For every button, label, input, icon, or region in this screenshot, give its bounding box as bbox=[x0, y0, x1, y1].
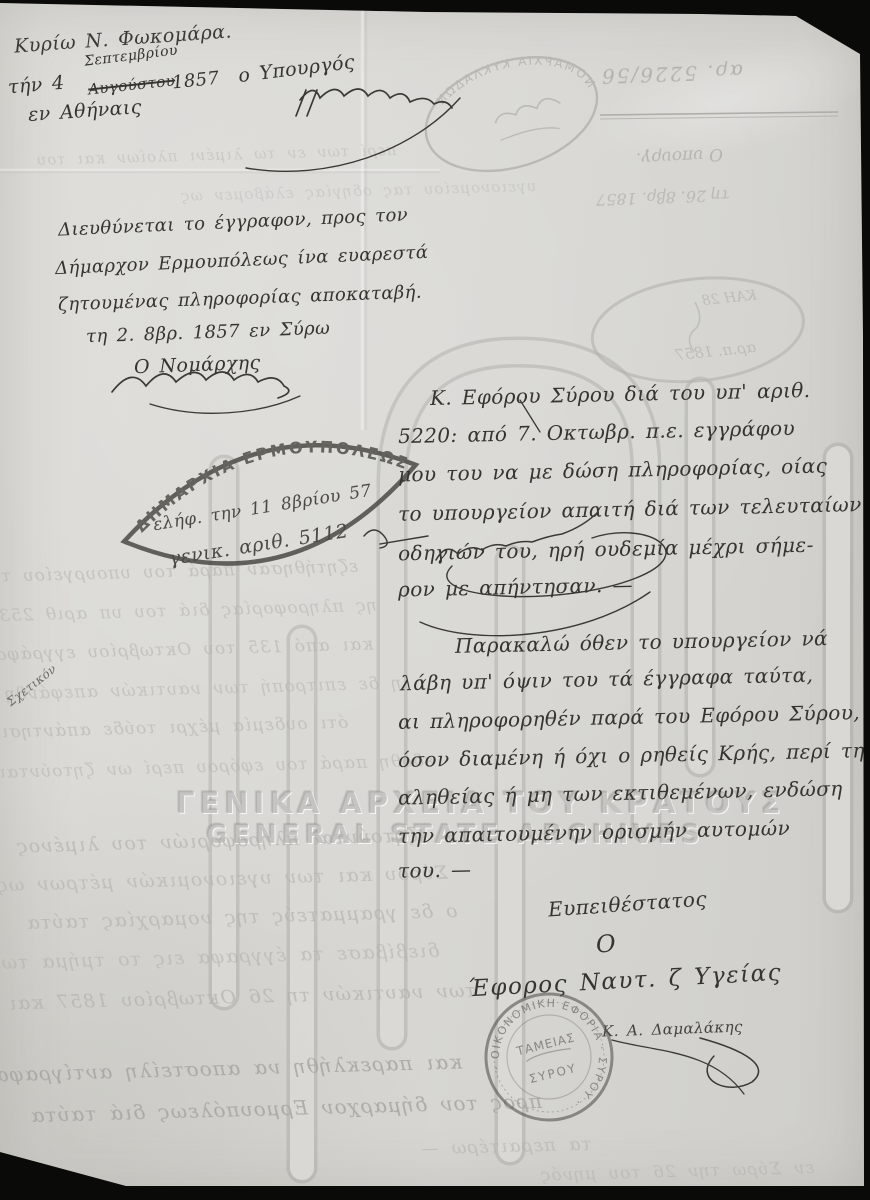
registrar-line: ζητουμένας πληροφορίας αποκαταβή. bbox=[58, 282, 423, 316]
closing-article: Ο bbox=[595, 929, 617, 958]
ghost-register-number: αρ. 5226/56 bbox=[600, 60, 744, 89]
registrar-line: Δήμαρχον Ερμουπόλεως ίνα ευαρεστά bbox=[55, 242, 429, 279]
annotation-year: 1857 bbox=[171, 68, 220, 94]
ghost-right-stamp-line1: ΚΑΗ 28 bbox=[701, 287, 759, 309]
bleedthrough-line: των ναυτικών τη 26 Οκτωβρίου 1857 και bbox=[8, 979, 476, 1014]
body-line: λάβη υπ' όψιν του τά έγγραφα ταύτα, bbox=[400, 663, 814, 696]
paper-crease-horizontal bbox=[0, 168, 440, 174]
body-line: το υπουργείον απαιτή διά των τελευταίων bbox=[398, 492, 862, 526]
document-paper: ΓΕΝΙΚΑ ΑΡΧΕΙΑ ΤΟΥ ΚΡΑΤΟΥΣ GENERAL STATE … bbox=[0, 0, 870, 1200]
treasury-stamp-line1: ΤΑΜΕΙΑΣ bbox=[514, 1030, 576, 1058]
bleedthrough-line: και από 135 του Οκτωβρίου εγγράφου bbox=[0, 635, 374, 666]
registrar-date: τη 2. 8βρ. 1857 εν Σύρω bbox=[86, 318, 331, 348]
closing-signature-name: Κ. Α. Δαμαλάκης bbox=[602, 1018, 743, 1041]
ghost-date-line: τη 26. 8βρ. 1857 bbox=[596, 186, 730, 210]
svg-text:· ΟΙΚΟΝΟΜΙΚΗ ΕΦΟΡΙΑ · ΣΥΡΟΥ ·: · ΟΙΚΟΝΟΜΙΚΗ ΕΦΟΡΙΑ · ΣΥΡΟΥ · bbox=[476, 984, 621, 1127]
bleedthrough-line: εν Σύρω την 26 του μηνός bbox=[540, 1158, 815, 1186]
struck-month: Αυγούστου bbox=[87, 71, 176, 98]
bleedthrough-line: προς τον δήμαρχον Ερμουπόλεως διά ταύτα bbox=[30, 1089, 543, 1127]
bleedthrough-line: περί των εν τω λιμένι πλοίων και του bbox=[36, 141, 397, 169]
scanned-archive-document: ΓΕΝΙΚΑ ΑΡΧΕΙΑ ΤΟΥ ΚΡΑΤΟΥΣ GENERAL STATE … bbox=[0, 0, 870, 1200]
svg-text:ΝΟΜΑΡΧΙΑ ΚΥΚΛΑΔΩΝ: ΝΟΜΑΡΧΙΑ ΚΥΚΛΑΔΩΝ bbox=[427, 33, 600, 134]
bleedthrough-line: εδόθη παρά του εφόρου περί ων ζητούνται bbox=[0, 751, 434, 783]
ghost-stamp-ring-text: ΝΟΜΑΡΧΙΑ ΚΥΚΛΑΔΩΝ bbox=[427, 33, 600, 134]
bleedthrough-line: ζητούνται πληροφοριών του λιμένος bbox=[16, 824, 418, 857]
body-line: οδηγιών του, ηρή ουδεμία μέχρι σήμε- bbox=[398, 533, 814, 566]
minister-title: ο Υπουργός bbox=[237, 51, 356, 87]
body-line: ρον με απήντησαν. — bbox=[398, 573, 633, 602]
closing-salutation: Ευπειθέστατος bbox=[547, 886, 707, 921]
ghost-right-stamp-line2: αρ.π. 1857 bbox=[674, 338, 757, 364]
bleedthrough-line: ο δε γραμματεύς της νομαρχίας ταύτα bbox=[26, 900, 458, 934]
bleedthrough-line: η δε επιτροπή των ναυτικών απεφάνθη bbox=[4, 673, 402, 704]
registrar-signer-title: Ο Νομάρχης bbox=[134, 352, 261, 378]
registrar-line: Διευθύνεται το έγγραφον, προς τον bbox=[58, 204, 409, 240]
body-line: μου του να με δώση πληροφορίας, οίας bbox=[398, 454, 828, 487]
body-line: του. — bbox=[398, 857, 472, 883]
ghost-double-rule bbox=[600, 112, 838, 115]
treasury-stamp-ring-text: · ΟΙΚΟΝΟΜΙΚΗ ΕΦΟΡΙΑ · ΣΥΡΟΥ · bbox=[476, 984, 621, 1127]
closing-signature-flourish bbox=[700, 1038, 759, 1087]
bleedthrough-line: Σύρου και των υγειονομικών μέτρων ως bbox=[0, 862, 449, 897]
body-line: Κ. Εφόρου Σύρου διά του υπ' αριθ. bbox=[430, 378, 811, 410]
ghost-minister-word: Ο υπουργ. bbox=[636, 144, 724, 169]
bleedthrough-line: διεβίβασε τα έγγραφα εις το τμήμα των bbox=[0, 940, 440, 975]
treasury-stamp-line2: ΣΥΡΟΥ bbox=[528, 1061, 579, 1086]
body-line: αι πληροφορηθέν παρά του Εφόρου Σύρου, bbox=[398, 700, 860, 734]
ghost-oval-stamp-nomarchy: ΝΟΜΑΡΧΙΑ ΚΥΚΛΑΔΩΝ bbox=[396, 20, 628, 212]
body-line: Παρακαλώ όθεν το υπουργείον νά bbox=[455, 626, 828, 658]
date-prefix: τήν 4 bbox=[7, 72, 65, 99]
bleedthrough-line: ότι ουδεμία μέχρι τούδε απάντησις bbox=[0, 713, 349, 743]
body-line: όσον διαμένη ή όχι ο ρηθείς Κρής, περί τ… bbox=[398, 738, 870, 772]
body-line: 5220: από 7. Οκτωβρ. π.ε. εγγράφου bbox=[398, 416, 795, 448]
place-line: εν Αθήναις bbox=[27, 96, 142, 126]
bleedthrough-line: και παρεκλήθη να αποστείλη αντίγραφα bbox=[0, 1049, 463, 1086]
